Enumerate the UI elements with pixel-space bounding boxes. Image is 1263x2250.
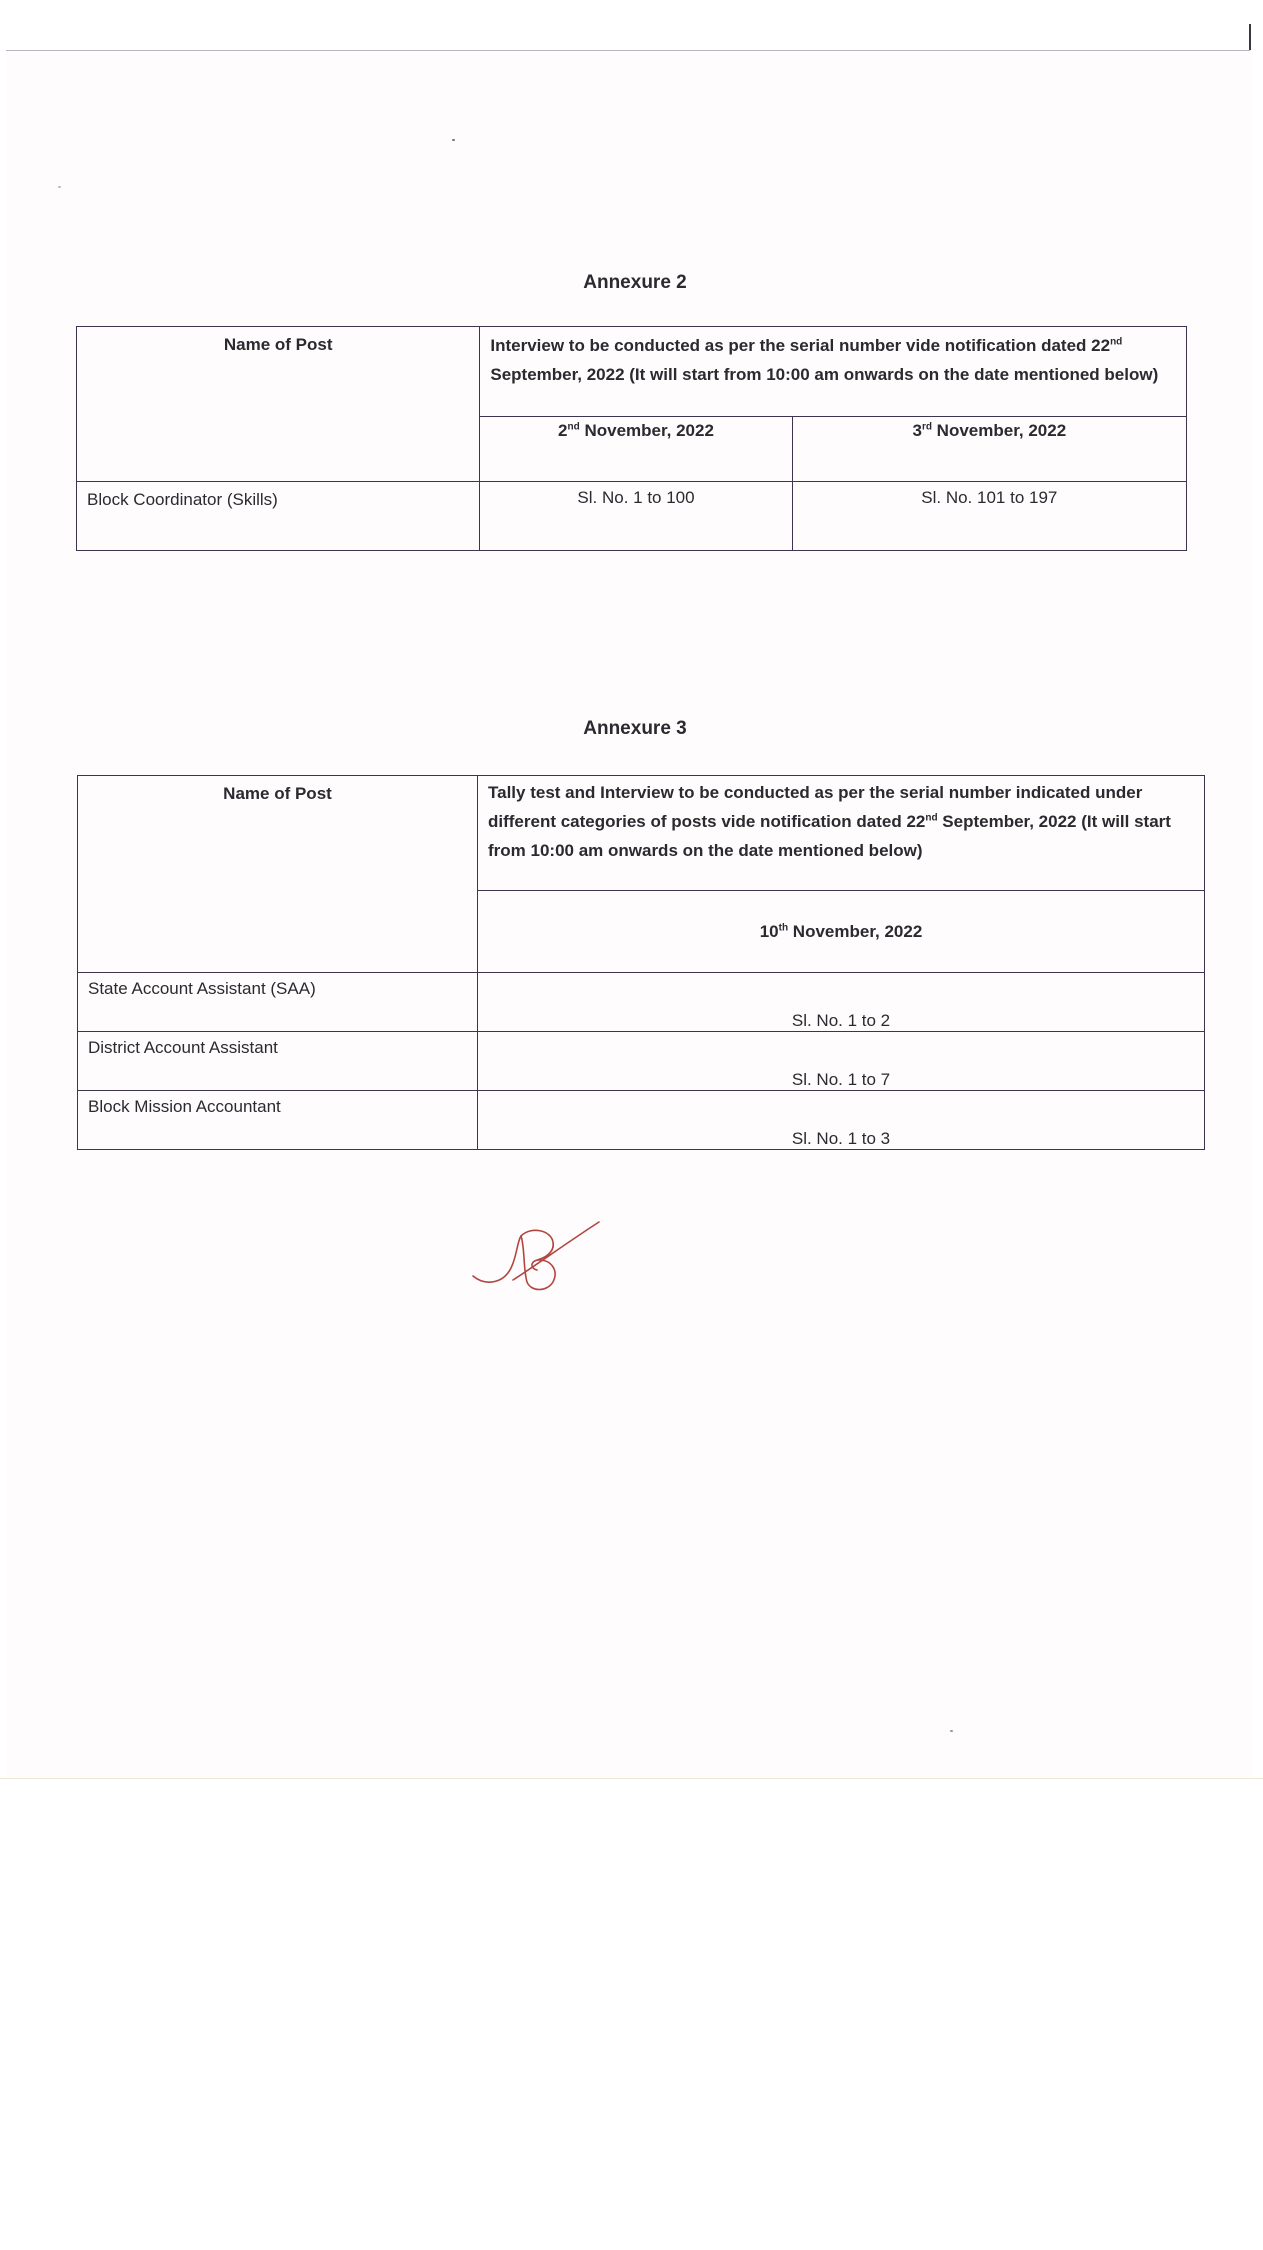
post-name-cell: Block Mission Accountant — [78, 1091, 478, 1150]
serial-range-cell: Sl. No. 101 to 197 — [792, 482, 1186, 551]
scan-speck — [950, 1730, 953, 1732]
annexure-3-title: Annexure 3 — [485, 718, 785, 740]
name-of-post-header: Name of Post — [77, 327, 480, 482]
table-row: Block Coordinator (Skills) Sl. No. 1 to … — [77, 482, 1187, 551]
date-header-1: 2nd November, 2022 — [480, 417, 792, 482]
name-of-post-header: Name of Post — [78, 776, 478, 973]
serial-range-cell: Sl. No. 1 to 100 — [480, 482, 792, 551]
scan-speck — [452, 139, 455, 141]
annexure-3-table: Name of Post Tally test and Interview to… — [77, 775, 1205, 1150]
annexure-2-title: Annexure 2 — [485, 272, 785, 294]
serial-range-cell: Sl. No. 1 to 3 — [478, 1091, 1205, 1150]
table-row: District Account Assistant Sl. No. 1 to … — [78, 1032, 1205, 1091]
page-bottom-edge — [0, 1778, 1263, 1779]
scan-speck — [58, 186, 61, 188]
interview-description-header: Interview to be conducted as per the ser… — [480, 327, 1187, 417]
table-row: State Account Assistant (SAA) Sl. No. 1 … — [78, 973, 1205, 1032]
post-name-cell: Block Coordinator (Skills) — [77, 482, 480, 551]
signature-icon — [465, 1208, 605, 1308]
post-name-cell: State Account Assistant (SAA) — [78, 973, 478, 1032]
serial-range-cell: Sl. No. 1 to 2 — [478, 973, 1205, 1032]
post-name-cell: District Account Assistant — [78, 1032, 478, 1091]
tally-test-description-header: Tally test and Interview to be conducted… — [478, 776, 1205, 891]
serial-range-cell: Sl. No. 1 to 7 — [478, 1032, 1205, 1091]
table-row: Block Mission Accountant Sl. No. 1 to 3 — [78, 1091, 1205, 1150]
annexure-2-table: Name of Post Interview to be conducted a… — [76, 326, 1187, 551]
date-header: 10th November, 2022 — [478, 891, 1205, 973]
page-top-edge — [6, 50, 1250, 51]
date-header-2: 3rd November, 2022 — [792, 417, 1186, 482]
page-corner-mark — [1249, 24, 1251, 50]
